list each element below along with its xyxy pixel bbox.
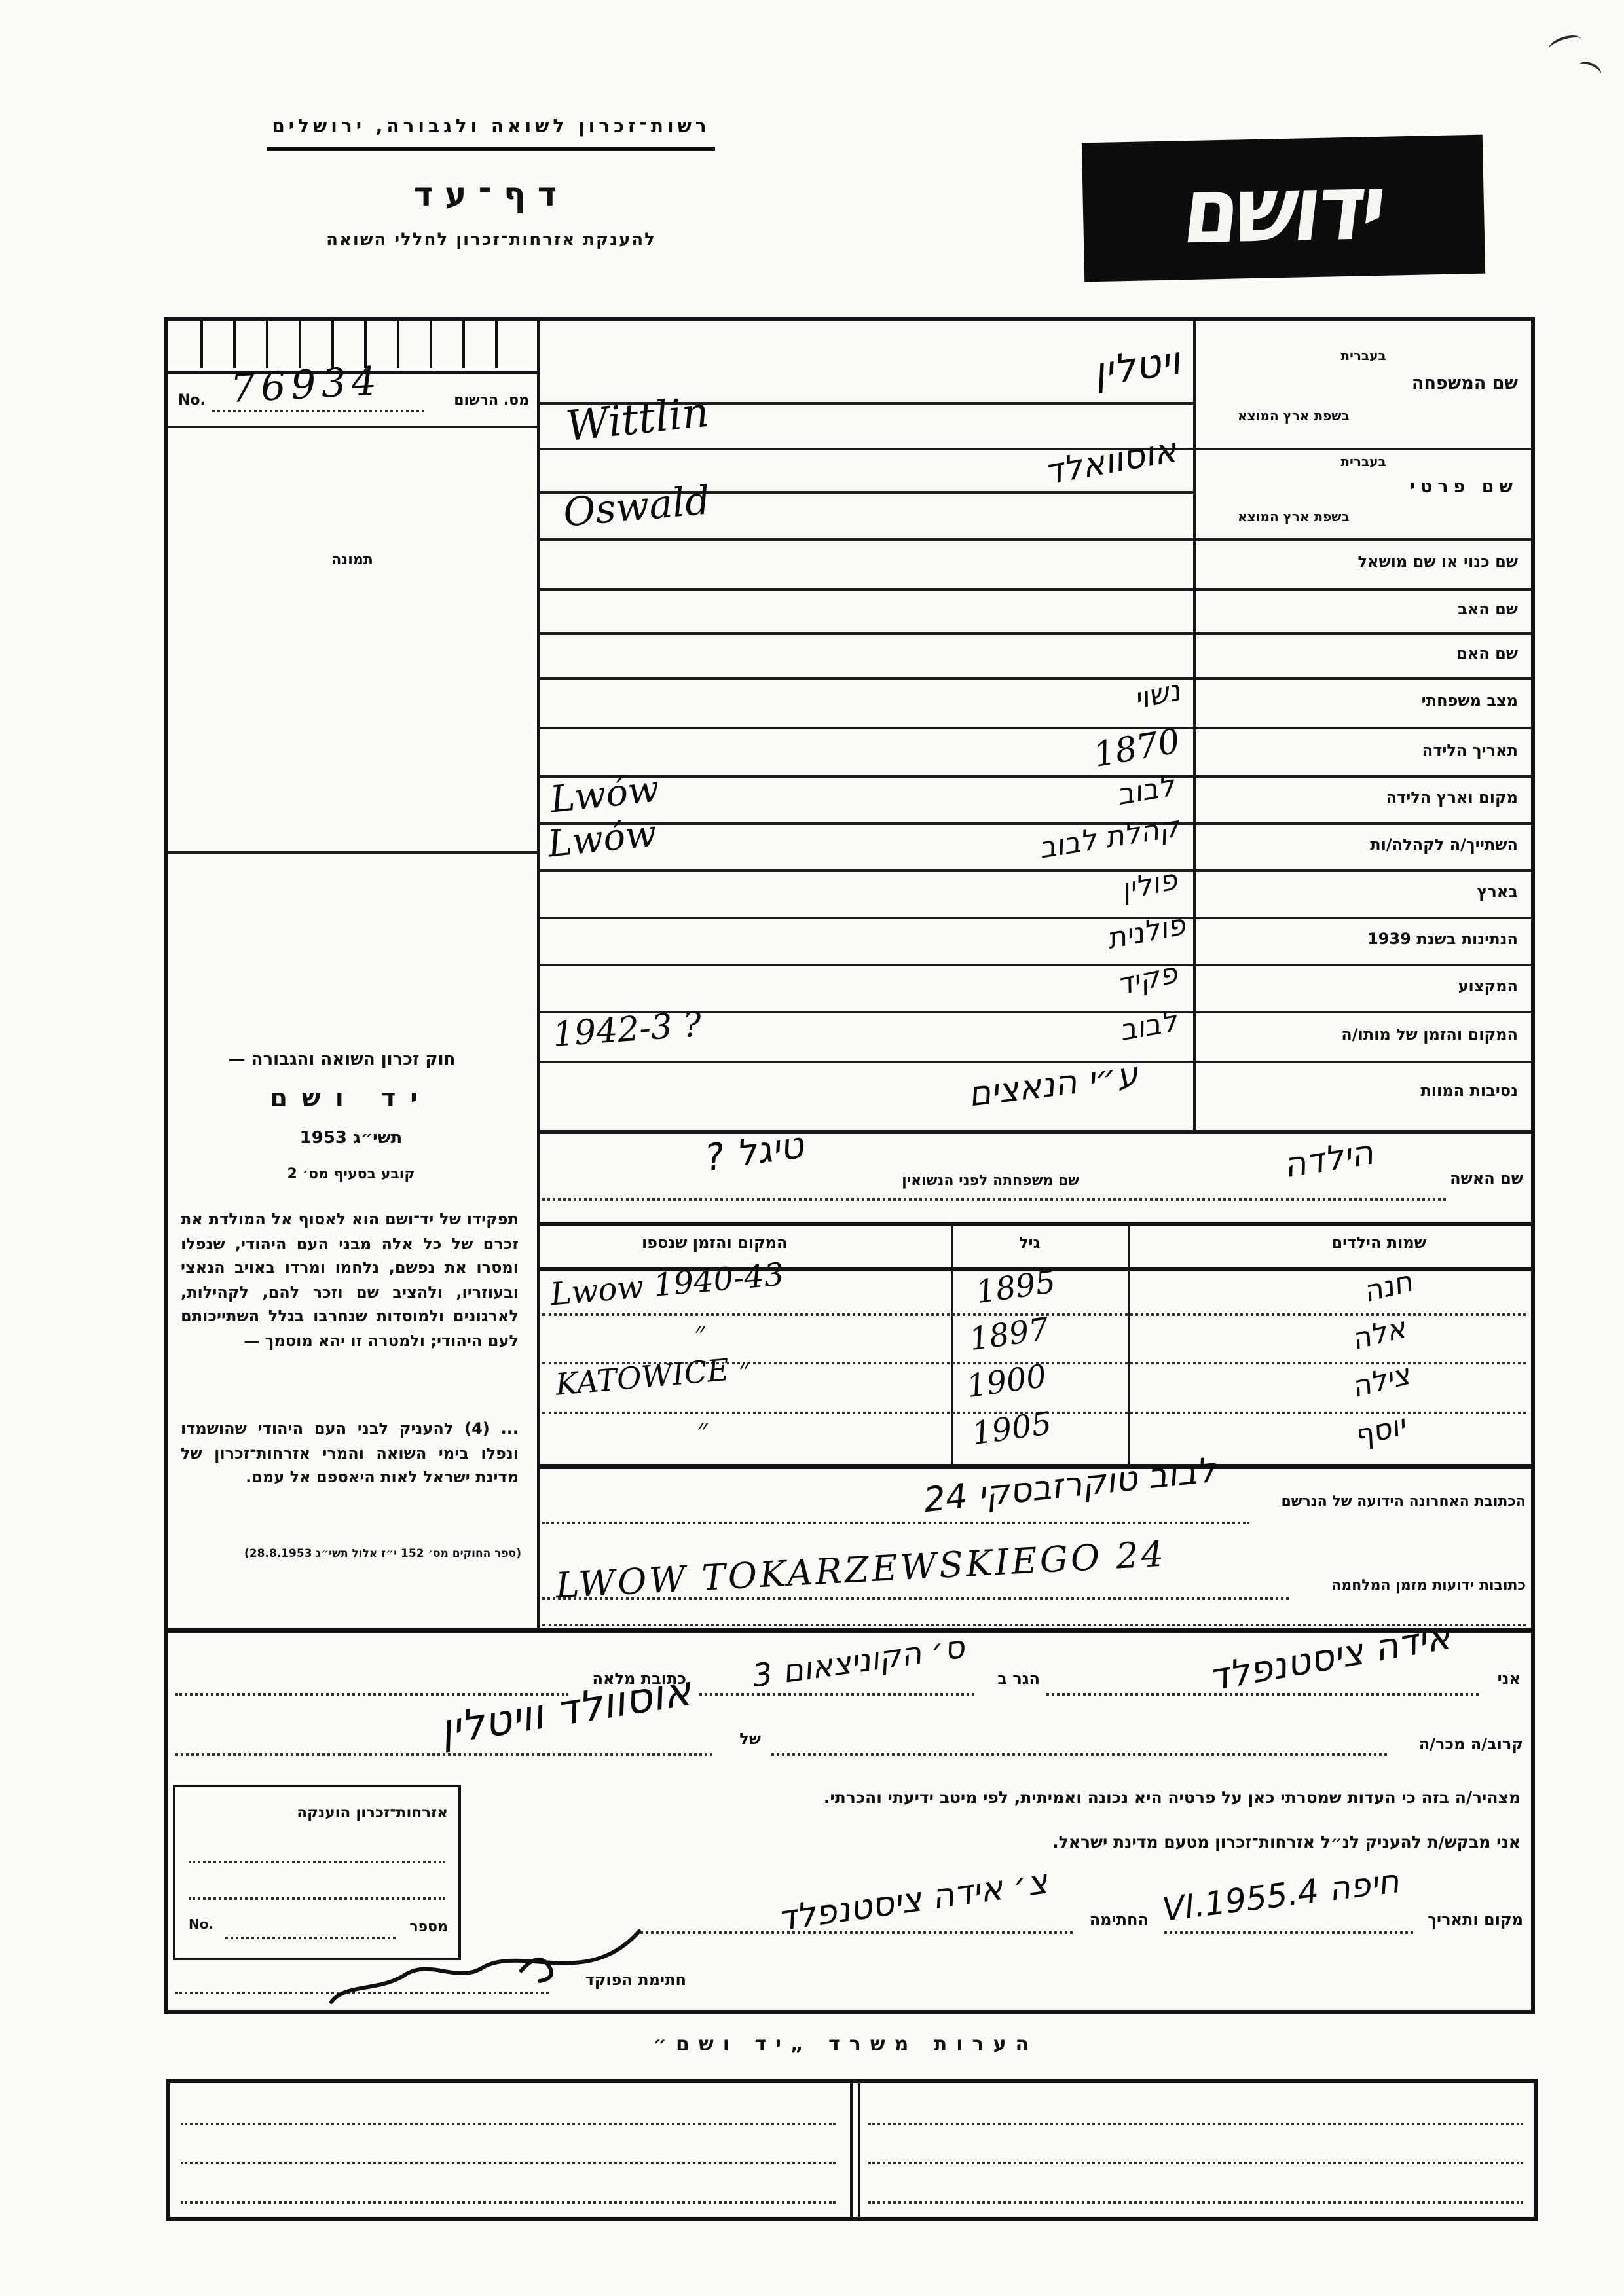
- registration-number-handwriting: 76934: [229, 359, 382, 412]
- citizenship-handwriting: פולנית: [1103, 909, 1187, 957]
- family-name-origin-sublabel: בשפת ארץ המוצא: [1238, 410, 1350, 424]
- label-cell: שם האב: [1193, 588, 1531, 632]
- tick: [430, 321, 432, 368]
- label-cell: שם האם: [1193, 632, 1531, 677]
- decl-statement: מצהיר/ה בזה כי העדות שמסרתי כאן על פרטיה…: [824, 1787, 1521, 1807]
- label-cell: בעברית שם המשפחה בשפת ארץ המוצא: [1193, 321, 1531, 448]
- decl-resident-label: הגר ב: [997, 1669, 1040, 1688]
- dotted-line: [699, 1693, 974, 1696]
- field-row: מקום וארץ הלידה לבוב Lwów: [537, 775, 1531, 825]
- tick: [397, 321, 399, 368]
- notes-box-divider: [849, 2083, 860, 2217]
- yad-vashem-logo: ידושם: [1082, 135, 1485, 282]
- wife-name-handwriting: הילדה: [1282, 1134, 1376, 1187]
- child-age-handwriting: 1900: [965, 1358, 1049, 1405]
- dotted-line: [868, 2162, 1523, 2164]
- dotted-line: [1164, 1931, 1413, 1934]
- country-handwriting: פולין: [1118, 864, 1180, 907]
- dotted-line: [542, 1522, 1249, 1524]
- dotted-line: [542, 1198, 1446, 1201]
- header-authority: רשות־זכרון לשואה ולגבורה, ירושלים: [196, 113, 786, 151]
- law-title: חוק זכרון השואה והגבורה —: [175, 1050, 508, 1070]
- dotted-line: [868, 2201, 1523, 2204]
- registration-row: No. 76934 מס. הרשום: [168, 371, 537, 428]
- label-cell: מקום וארץ הלידה: [1193, 775, 1531, 822]
- decl-i-label: אני: [1498, 1669, 1521, 1688]
- signature-handwriting: צ׳ אידה ציסטנפלד: [775, 1863, 1050, 1939]
- form-title: דף־עד: [196, 175, 786, 213]
- child-place-handwriting: KATOWICE ״: [554, 1352, 751, 1403]
- field-label: מקום וארץ הלידה: [1386, 788, 1518, 807]
- law-paragraph-2: ... (4) להעניק לבני העם היהודי שהושמדו ו…: [181, 1417, 519, 1490]
- family-name-latin-handwriting: Wittlin: [564, 387, 711, 451]
- grant-box: אזרחות־זכרון הוענקה מספר No.: [173, 1785, 461, 1960]
- label-cell: בארץ: [1193, 869, 1531, 917]
- place-date-label: מקום ותאריך: [1428, 1910, 1523, 1929]
- field-row: תאריך הלידה 1870: [537, 727, 1531, 778]
- decl-of-label: של: [739, 1730, 761, 1748]
- grant-box-number-label: מספר: [409, 1918, 448, 1935]
- office-notes-box: [166, 2079, 1538, 2221]
- law-section: קובע בסעיף מס׳ 2: [175, 1165, 526, 1182]
- section-separator: [168, 1628, 1531, 1633]
- field-row: מצב משפחתי נשוי: [537, 677, 1531, 729]
- decl-relative-label: קרוב/ה מכר/ה: [1419, 1735, 1523, 1753]
- child-age-handwriting: 1897: [967, 1311, 1052, 1358]
- first-name-origin-sublabel: בשפת ארץ המוצא: [1238, 511, 1350, 525]
- family-status-handwriting: נשוי: [1131, 675, 1183, 717]
- child-name-handwriting: צילה: [1349, 1359, 1414, 1405]
- war-address-handwriting: LWOW TOKARZEWSKIEGO 24: [555, 1535, 1167, 1607]
- field-label: המקצוע: [1458, 977, 1518, 995]
- field-label: שם כנוי או שם מושאל: [1357, 553, 1518, 571]
- dotted-line: [1046, 1693, 1479, 1696]
- field-row: שם האב: [537, 588, 1531, 635]
- signature-label: החתימה: [1090, 1910, 1149, 1929]
- decl-request: אני מבקש/ת להעניק לנ״ל אזרחות־זכרון מטעם…: [1052, 1832, 1521, 1851]
- dotted-line: [189, 1897, 445, 1900]
- wife-maiden-handwriting: טיגל ?: [703, 1123, 807, 1180]
- war-address-row: כתובות ידועות מזמן המלחמה LWOW TOKARZEWS…: [537, 1529, 1531, 1628]
- wife-label: שם האשה: [1450, 1169, 1523, 1188]
- field-label: בארץ: [1477, 883, 1518, 901]
- no-label: No.: [178, 392, 206, 409]
- tick: [233, 321, 236, 368]
- children-names-header: שמות הילדים: [1331, 1233, 1426, 1252]
- field-label: השתייך/ה לקהלה/ות: [1370, 835, 1518, 854]
- field-label: שם האם: [1456, 644, 1518, 663]
- tick: [495, 321, 498, 368]
- death-circumstances-handwriting: ע״י הנאצים: [966, 1055, 1140, 1115]
- field-row: נסיבות המוות ע״י הנאצים: [537, 1061, 1531, 1134]
- children-place-header: המקום והזמן שנספו: [642, 1233, 788, 1252]
- label-cell: נסיבות המוות: [1193, 1061, 1531, 1130]
- label-cell: בעברית שם פרטי בשפת ארץ המוצא: [1193, 448, 1531, 538]
- law-panel: חוק זכרון השואה והגבורה — יד ושם תשי״ג 1…: [175, 851, 526, 1628]
- pen-mark: [1547, 32, 1584, 58]
- dotted-line: [225, 1937, 396, 1939]
- war-address-label: כתובות ידועות מזמן המלחמה: [1331, 1576, 1526, 1594]
- authority-line: רשות־זכרון לשואה ולגבורה, ירושלים: [267, 117, 715, 151]
- yad-vashem-logo-text: ידושם: [1178, 153, 1389, 264]
- death-place-hebrew-handwriting: לבוב: [1117, 1006, 1179, 1048]
- tick: [462, 321, 465, 368]
- label-cell: המקצוע: [1193, 964, 1531, 1011]
- dotted-line: [640, 1931, 1073, 1934]
- field-label: שם האב: [1458, 600, 1518, 618]
- children-table: שמות הילדים גיל המקום והזמן שנספו חנה 18…: [537, 1222, 1531, 1469]
- form-subtitle: להענקת אזרחות־זכרון לחללי השואה: [196, 230, 786, 250]
- death-time-handwriting: 1942-3 ?: [551, 1006, 703, 1055]
- field-row-family-name: בעברית שם המשפחה בשפת ארץ המוצא ויטלין W…: [537, 321, 1531, 450]
- field-row-first-name: בעברית שם פרטי בשפת ארץ המוצא אוסוואלד O…: [537, 448, 1531, 541]
- field-row: הנתינות בשנת 1939 פולנית: [537, 917, 1531, 966]
- first-name-label: שם פרטי: [1410, 477, 1518, 498]
- tick: [266, 321, 268, 368]
- tick: [299, 321, 301, 368]
- label-cell: תאריך הלידה: [1193, 727, 1531, 775]
- tick: [200, 321, 203, 368]
- scanned-document: רשות־זכרון לשואה ולגבורה, ירושלים דף־עד …: [0, 0, 1624, 2296]
- field-row: שם האם: [537, 632, 1531, 680]
- fields-area: בעברית שם המשפחה בשפת ארץ המוצא ויטלין W…: [537, 321, 1531, 1628]
- grant-box-no-label: No.: [189, 1918, 213, 1933]
- law-paragraph-1: תפקידו של יד־ושם הוא לאסוף אל המולדת את …: [181, 1207, 519, 1353]
- label-cell: השתייך/ה לקהלה/ות: [1193, 822, 1531, 869]
- child-place-ditto: ״: [697, 1413, 708, 1447]
- field-label: המקום והזמן של מותו/ה: [1341, 1025, 1518, 1044]
- child-name-handwriting: יוסף: [1351, 1410, 1409, 1454]
- dotted-line: [771, 1753, 1387, 1756]
- child-name-handwriting: אלה: [1349, 1313, 1410, 1358]
- label-cell: שם כנוי או שם מושאל: [1193, 538, 1531, 588]
- field-row: שם כנוי או שם מושאל: [537, 538, 1531, 591]
- children-age-header: גיל: [1019, 1233, 1040, 1252]
- dotted-line: [868, 2123, 1523, 2125]
- declarant-address-handwriting: ס׳ הקוניצאום 3: [750, 1629, 967, 1695]
- grant-box-title: אזרחות־זכרון הוענקה: [297, 1803, 448, 1821]
- pen-mark: [1576, 59, 1603, 81]
- wife-row: שם האשה הילדה שם משפחתה לפני הנשואין טיג…: [537, 1130, 1531, 1226]
- victim-name-handwriting: אוסוולד וויטלין: [437, 1666, 695, 1755]
- last-address-row: הכתובת האחרונה הידועה של הנרשם לבוב טוקר…: [537, 1464, 1531, 1529]
- profession-handwriting: פקיד: [1114, 958, 1180, 1002]
- field-label: נסיבות המוות: [1420, 1082, 1518, 1100]
- law-year: תשי״ג 1953: [175, 1129, 526, 1148]
- child-name-handwriting: חנה: [1361, 1266, 1416, 1310]
- first-name-latin-handwriting: Oswald: [561, 478, 712, 536]
- birth-date-handwriting: 1870: [1090, 722, 1183, 776]
- family-name-hebrew-sublabel: בעברית: [1196, 350, 1531, 364]
- wife-maiden-label: שם משפחתה לפני הנשואין: [902, 1172, 1079, 1189]
- law-footnote: (ספר החוקים מס׳ 152 י״ז אלול תשי״ג 28.8.…: [175, 1548, 521, 1561]
- place-date-handwriting: חיפה 4.VI.1955: [1160, 1862, 1401, 1929]
- law-name-big: יד ושם: [175, 1084, 526, 1113]
- field-label: מצב משפחתי: [1422, 691, 1518, 710]
- dotted-line: [181, 2201, 836, 2204]
- field-label: הנתינות בשנת 1939: [1367, 930, 1518, 948]
- office-notes-title: הערות משרד „יד ושם״: [164, 2032, 1527, 2056]
- last-address-label: הכתובת האחרונה הידועה של הנרשם: [1281, 1493, 1526, 1510]
- dotted-line: [189, 1861, 445, 1863]
- label-cell: הנתינות בשנת 1939: [1193, 917, 1531, 964]
- photo-box: תמונה: [168, 426, 537, 854]
- birth-place-hebrew-handwriting: לבוב: [1115, 771, 1177, 812]
- form-frame: No. 76934 מס. הרשום תמונה חוק זכרון השוא…: [164, 317, 1535, 2014]
- family-name-label: שם המשפחה: [1412, 373, 1518, 394]
- family-name-hebrew-handwriting: ויטלין: [1090, 338, 1183, 396]
- dotted-line: [181, 2123, 836, 2125]
- field-row: בארץ פולין: [537, 869, 1531, 919]
- photo-label: תמונה: [168, 551, 537, 568]
- label-cell: המקום והזמן של מותו/ה: [1193, 1011, 1531, 1061]
- dotted-line: [181, 2162, 836, 2164]
- testimony-page: רשות־זכרון לשואה ולגבורה, ירושלים דף־עד …: [0, 0, 1624, 2296]
- label-cell: מצב משפחתי: [1193, 677, 1531, 727]
- registration-label: מס. הרשום: [454, 392, 529, 409]
- first-name-hebrew-sublabel: בעברית: [1196, 456, 1531, 470]
- field-row: המקום והזמן של מותו/ה לבוב 1942-3 ?: [537, 1011, 1531, 1063]
- field-row: השתייך/ה לקהלה/ות קהלת לבוב Lwów: [537, 822, 1531, 872]
- field-label: תאריך הלידה: [1422, 741, 1518, 759]
- child-place-ditto: ״: [694, 1316, 705, 1350]
